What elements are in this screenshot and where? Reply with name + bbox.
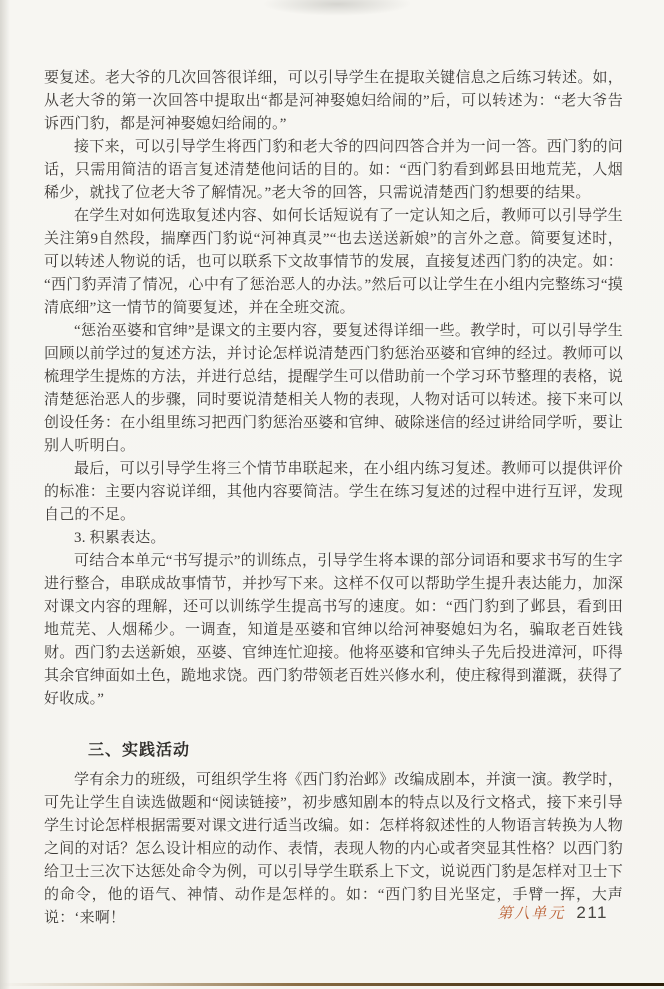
numbered-item: 3. 积累表达。 <box>44 527 623 550</box>
page-bottom-edge <box>0 983 664 986</box>
book-page: 要复述。老大爷的几次回答很详细，可以引导学生在提取关键信息之后练习转述。如，从老… <box>0 0 664 989</box>
page-footer: 第八单元 211 <box>497 902 608 923</box>
paragraph: 接下来，可以引导学生将西门豹和老大爷的四问四答合并为一问一答。西门豹的问话，只需… <box>44 136 623 205</box>
page-left-edge-shadow <box>0 0 10 989</box>
paragraph: 在学生对如何选取复述内容、如何长话短说有了一定认知之后，教师可以引导学生关注第9… <box>44 205 623 320</box>
page-content: 要复述。老大爷的几次回答很详细，可以引导学生在提取关键信息之后练习转述。如，从老… <box>44 67 623 930</box>
unit-label: 第八单元 <box>497 902 565 923</box>
scan-smudge <box>262 0 412 16</box>
page-number: 211 <box>576 903 608 923</box>
paragraph: 要复述。老大爷的几次回答很详细，可以引导学生在提取关键信息之后练习转述。如，从老… <box>44 67 623 136</box>
paragraph: 最后，可以引导学生将三个情节串联起来，在小组内练习复述。教师可以提供评价的标准：… <box>44 458 623 527</box>
paragraph: 可结合本单元“书写提示”的训练点，引导学生将本课的部分词语和要求书写的生字进行整… <box>44 550 623 711</box>
paragraph: “惩治巫婆和官绅”是课文的主要内容，要复述得详细一些。教学时，可以引导学生回顾以… <box>44 320 623 458</box>
section-heading: 三、实践活动 <box>44 739 623 763</box>
